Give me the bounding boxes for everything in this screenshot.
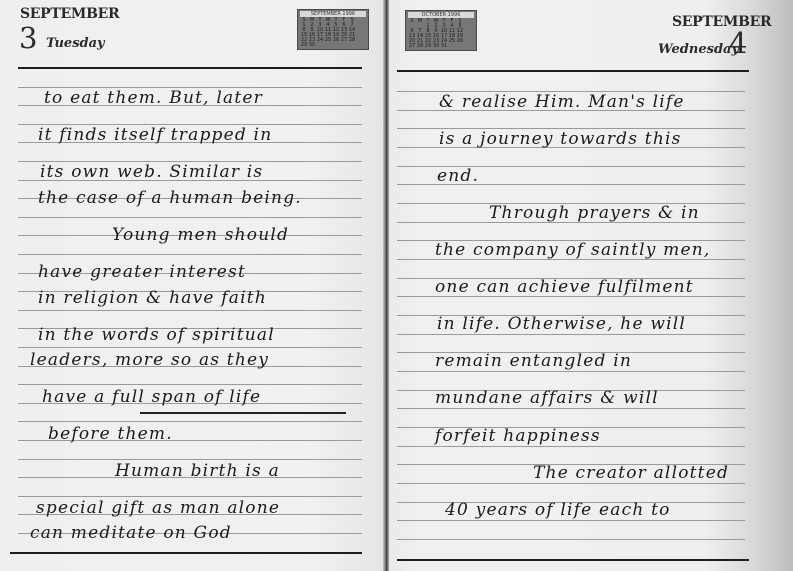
- ruled-line: [18, 421, 362, 422]
- handwritten-line: forfeit happiness: [435, 428, 601, 445]
- september-mini-calendar: SEPTEMBER 1996 SMTWTFS 1234567 891011121…: [297, 9, 369, 50]
- ruled-line: [18, 310, 362, 311]
- handwritten-line: one can achieve fulfilment: [435, 279, 694, 296]
- handwritten-line: Young men should: [112, 227, 289, 244]
- handwritten-line: 40 years of life each to: [445, 502, 671, 519]
- bottom-rule: [10, 552, 362, 554]
- mini-calendar-grid: SMTWTFS 12345 6789101112 13141516171819 …: [408, 19, 464, 49]
- ruled-line: [18, 459, 362, 460]
- handwritten-line: Through prayers & in: [489, 205, 700, 222]
- october-mini-calendar: OCTOBER 1996 SMTWTFS 12345 6789101112 13…: [405, 10, 477, 51]
- handwritten-line: The creator allotted: [533, 465, 729, 482]
- top-rule: [397, 70, 749, 72]
- handwritten-line: it finds itself trapped in: [38, 127, 272, 144]
- handwritten-line: end.: [437, 168, 479, 185]
- handwritten-line: in the words of spiritual: [38, 327, 275, 344]
- mini-calendar-grid: SMTWTFS 1234567 891011121314 15161718192…: [300, 18, 356, 48]
- handwritten-line: Human birth is a: [115, 463, 280, 480]
- ruled-line: [397, 371, 745, 372]
- handwritten-line: in religion & have faith: [38, 290, 267, 307]
- ruled-line: [397, 483, 745, 484]
- left-day-number: 3: [19, 24, 37, 53]
- ruled-line: [397, 539, 745, 540]
- left-day-name: Tuesday: [46, 36, 105, 51]
- bottom-rule: [397, 559, 749, 561]
- right-month-label: SEPTEMBER: [672, 14, 771, 30]
- ruled-line: [397, 408, 745, 409]
- handwritten-line: mundane affairs & will: [435, 390, 659, 407]
- handwritten-line: in life. Otherwise, he will: [437, 316, 686, 333]
- handwritten-line: leaders, more so as they: [30, 352, 269, 369]
- ruled-line: [397, 520, 745, 521]
- ruled-line: [18, 347, 362, 348]
- top-rule: [18, 67, 362, 69]
- handwritten-line: special gift as man alone: [36, 500, 280, 517]
- ruled-line: [18, 384, 362, 385]
- ruled-line: [397, 446, 745, 447]
- handwritten-line: remain entangled in: [435, 353, 632, 370]
- handwritten-line: is a journey towards this: [439, 131, 682, 148]
- handwritten-line: before them.: [48, 426, 173, 443]
- underline-full-span-of-life: [140, 412, 346, 414]
- handwritten-line: can meditate on God: [30, 525, 232, 542]
- left-diary-page: SEPTEMBER 3 Tuesday SEPTEMBER 1996 SMTWT…: [0, 0, 383, 571]
- ruled-line: [18, 254, 362, 255]
- right-diary-page: OCTOBER 1996 SMTWTFS 12345 6789101112 13…: [389, 0, 793, 571]
- right-day-number: 4: [729, 29, 747, 58]
- handwritten-line: have greater interest: [38, 264, 246, 281]
- ruled-line: [18, 496, 362, 497]
- ruled-line: [18, 217, 362, 218]
- handwritten-line: to eat them. But, later: [44, 90, 263, 107]
- handwritten-line: the company of saintly men,: [435, 242, 710, 259]
- handwritten-line: its own web. Similar is: [40, 164, 263, 181]
- ruled-line: [397, 334, 745, 335]
- handwritten-line: have a full span of life: [42, 389, 261, 406]
- right-day-name: Wednesday: [658, 42, 739, 57]
- left-month-label: SEPTEMBER: [20, 6, 119, 22]
- handwritten-line: & realise Him. Man's life: [439, 94, 685, 111]
- handwritten-line: the case of a human being.: [38, 190, 302, 207]
